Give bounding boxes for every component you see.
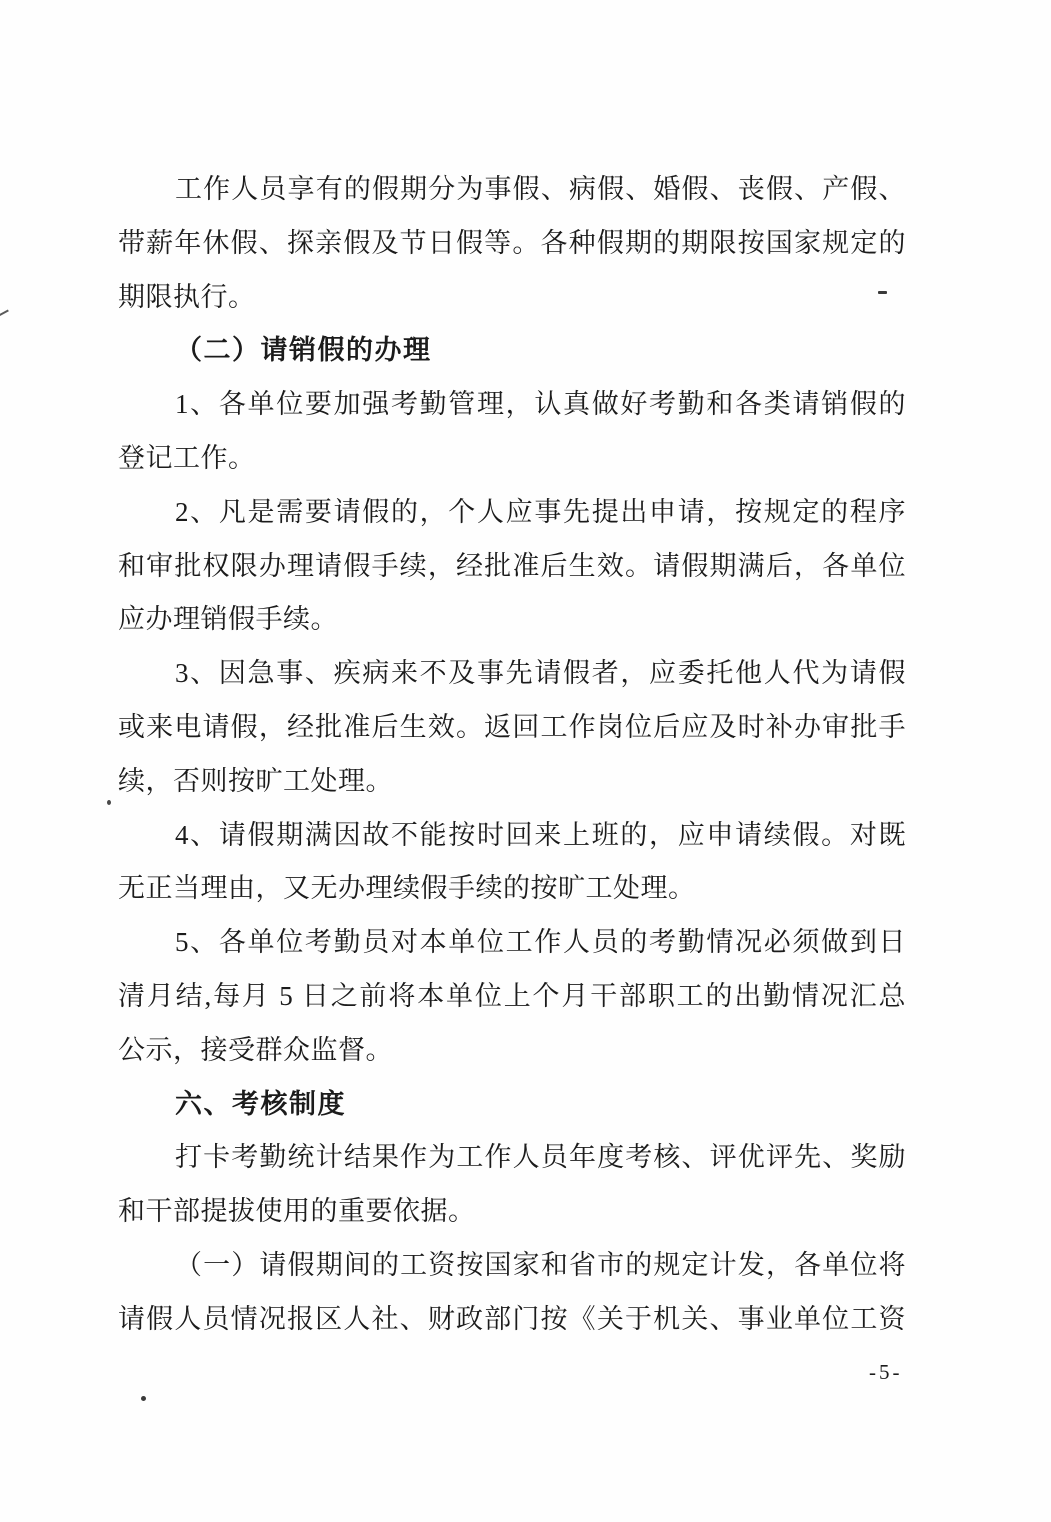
scan-artifact-dot (107, 800, 111, 805)
scan-artifact-dash (878, 291, 887, 294)
doc-line: 打卡考勤统计结果作为工作人员年度考核、评优评先、奖励 (118, 1131, 906, 1185)
doc-line: 5、各单位考勤员对本单位工作人员的考勤情况必须做到日 (118, 916, 906, 970)
doc-line: 清月结,每月 5 日之前将本单位上个月干部职工的出勤情况汇总 (118, 970, 906, 1024)
doc-line: 和干部提拔使用的重要依据。 (118, 1185, 906, 1239)
scan-artifact-tick (0, 310, 9, 317)
doc-line: 3、因急事、疾病来不及事先请假者，应委托他人代为请假 (118, 647, 906, 701)
doc-line: 或来电请假，经批准后生效。返回工作岗位后应及时补办审批手 (118, 701, 906, 755)
doc-line: 2、凡是需要请假的，个人应事先提出申请，按规定的程序 (118, 486, 906, 540)
scanned-document-page: 工作人员享有的假期分为事假、病假、婚假、丧假、产假、 带薪年休假、探亲假及节日假… (0, 0, 1051, 1522)
doc-line: 续，否则按旷工处理。 (118, 755, 906, 809)
doc-line: 带薪年休假、探亲假及节日假等。各种假期的期限按国家规定的 (118, 217, 906, 271)
doc-line: 和审批权限办理请假手续，经批准后生效。请假期满后，各单位 (118, 540, 906, 594)
doc-line: 请假人员情况报区人社、财政部门按《关于机关、事业单位工资 (118, 1293, 906, 1347)
doc-line: 公示，接受群众监督。 (118, 1024, 906, 1078)
doc-line: 期限执行。 (118, 271, 906, 325)
page-number: -5- (869, 1360, 903, 1385)
document-body: 工作人员享有的假期分为事假、病假、婚假、丧假、产假、 带薪年休假、探亲假及节日假… (118, 163, 906, 1347)
doc-line: （一）请假期间的工资按国家和省市的规定计发，各单位将 (118, 1239, 906, 1293)
doc-line: 登记工作。 (118, 432, 906, 486)
doc-line: 应办理销假手续。 (118, 593, 906, 647)
heading-section-assessment-system: 六、考核制度 (118, 1078, 906, 1132)
doc-line: 无正当理由，又无办理续假手续的按旷工处理。 (118, 862, 906, 916)
doc-line: 4、请假期满因故不能按时回来上班的，应申请续假。对既 (118, 809, 906, 863)
doc-line: 1、各单位要加强考勤管理，认真做好考勤和各类请销假的 (118, 378, 906, 432)
scan-artifact-dot (141, 1396, 146, 1401)
doc-line: 工作人员享有的假期分为事假、病假、婚假、丧假、产假、 (118, 163, 906, 217)
heading-section-leave-procedure: （二）请销假的办理 (118, 324, 906, 378)
